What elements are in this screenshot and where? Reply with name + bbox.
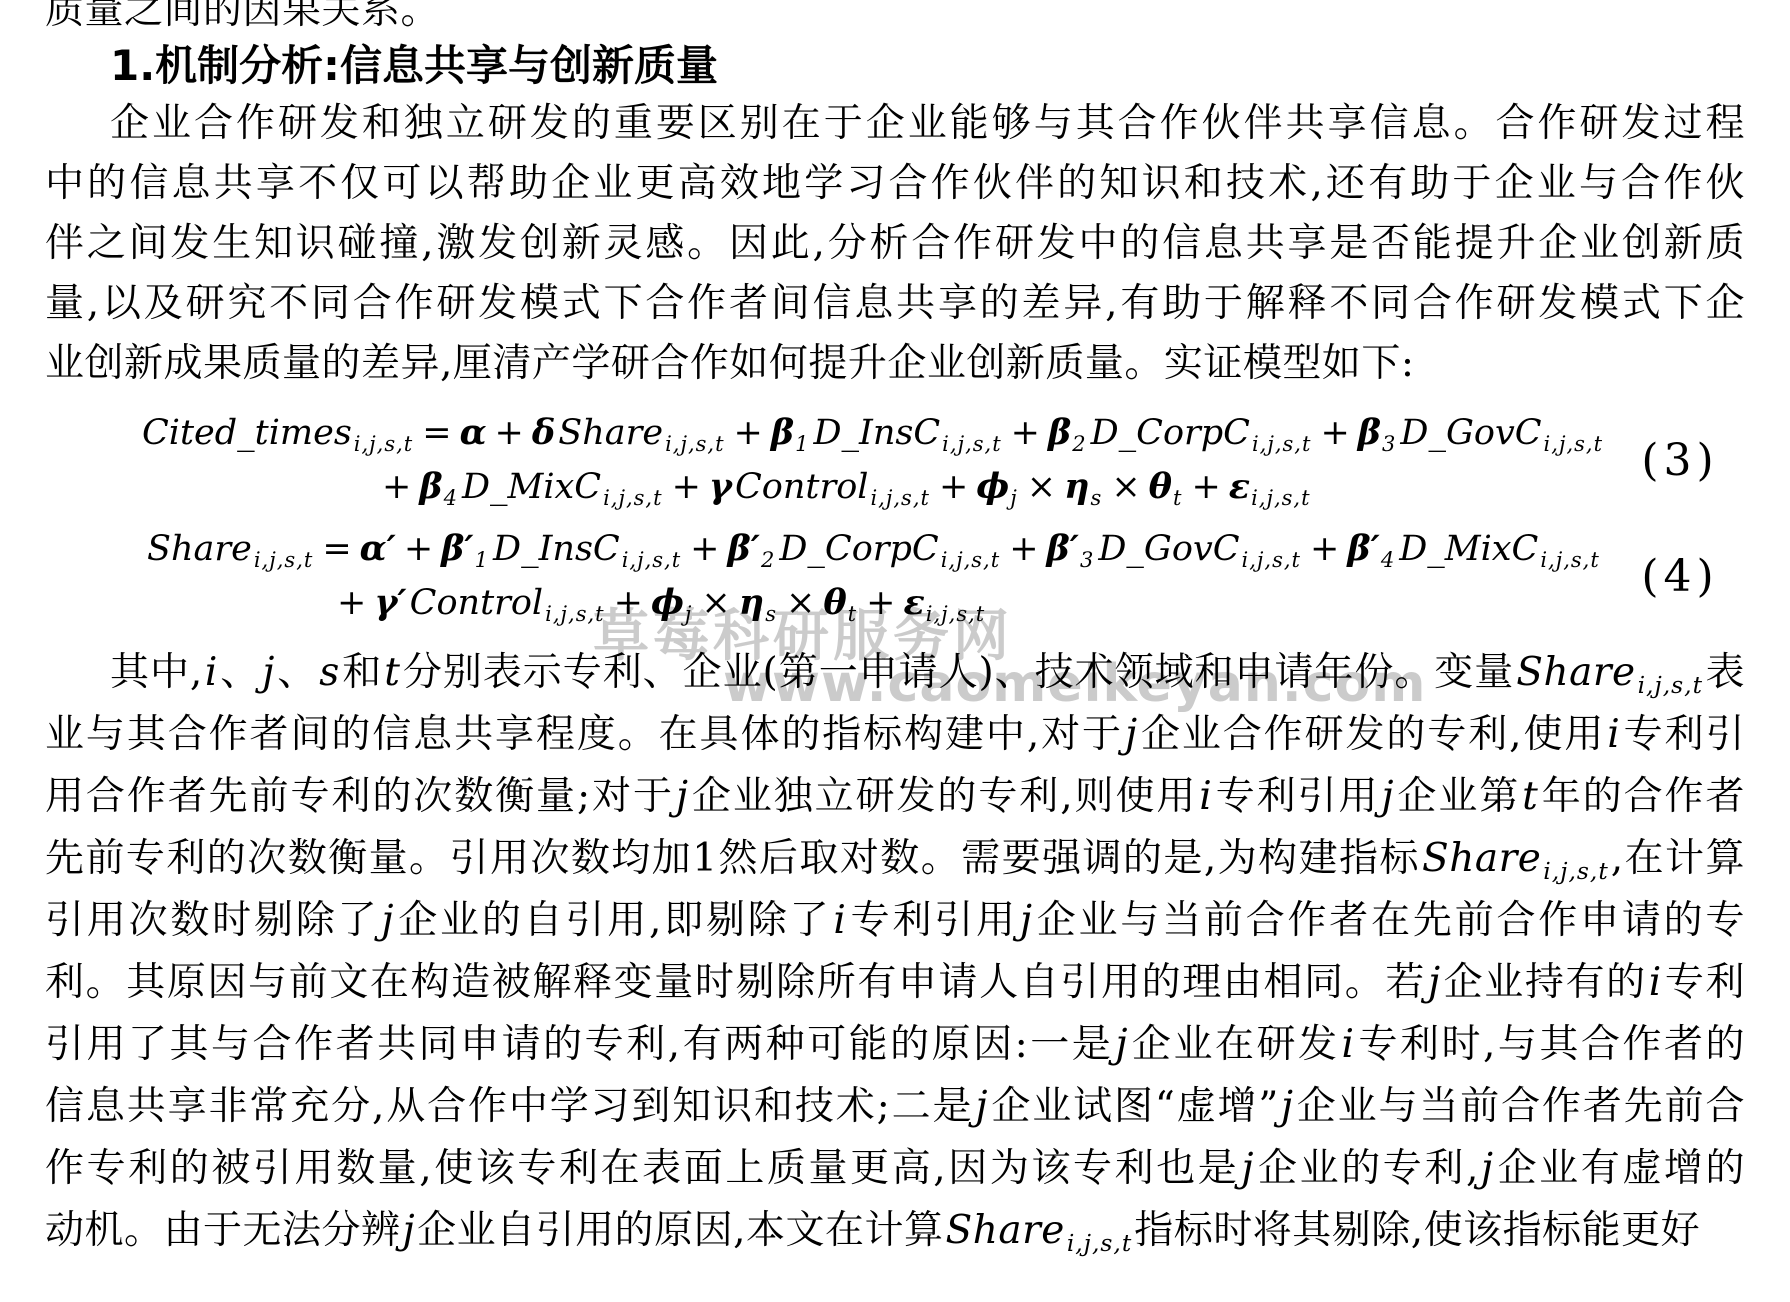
math-greek: ϕ [650,582,685,623]
paragraph-variable-definition: 其中,i、j、s和t分别表示专利、企业(第一申请人)、技术领域和申请年份。变量S… [45,642,1745,1262]
text-line: 动机。由于无法分辨j企业自引用的原因,本文在计算Sharei,j,s,t指标时将… [45,1200,1745,1262]
math-var: j [401,1208,418,1253]
equation-number: (4) [1615,551,1745,602]
math-operator: + [614,583,643,623]
math-var: i [1197,774,1214,819]
text-run: 、 [220,650,260,695]
text-run: 、 [277,650,317,695]
equation-3: Cited_timesi,j,s,t=α+δSharei,j,s,t+β1D_I… [45,406,1745,514]
equation-3-lines: Cited_timesi,j,s,t=α+δSharei,j,s,t+β1D_I… [45,406,1615,514]
text-line: 用合作者先前专利的次数衡量;对于j企业独立研发的专利,则使用i专利引用j企业第t… [45,766,1745,828]
math-operator: + [337,583,366,623]
text-line: 先前专利的次数衡量。引用次数均加1然后取对数。需要强调的是,为构建指标Share… [45,828,1745,890]
text-line: 作专利的被引用数量,使该专利在表面上质量更高,因为该专利也是j企业的专利,j企业… [45,1138,1745,1200]
text-run: 先前专利的次数衡量。引用次数均加1然后取对数。需要强调的是,为构建指标 [45,836,1420,881]
math-greek: θ [822,582,847,623]
math-var: i [831,898,848,943]
math-greek: δ [531,412,556,453]
subscript: i,j,s,t [665,432,726,456]
subscript: 3 [1080,548,1096,572]
math-operator: + [404,529,433,569]
math-operator: × [1027,467,1056,507]
text-run: 专利 [1664,960,1745,1005]
paragraph-mechanism-intro: 企业合作研发和独立研发的重要区别在于企业能够与其合作伙伴共享信息。合作研发过程 … [45,94,1745,394]
subscript: i,j,s,t [1067,1229,1134,1257]
math-var: j [1123,712,1140,757]
text-line: 引用了其与合作者共同申请的专利,有两种可能的原因:一是j企业在研发i专利时,与其… [45,1014,1745,1076]
math-greek: ε [1228,466,1251,507]
math-var: j [1379,774,1396,819]
math-var: j [379,898,396,943]
math-var: j [973,1084,990,1129]
math-var: Share [1420,836,1543,881]
text-line: 中的信息共享不仅可以帮助企业更高效地学习合作伙伴的知识和技术,还有助于企业与合作… [45,154,1745,214]
math-operator: + [1191,467,1220,507]
equation-3-line-2: +β4D_MixCi,j,s,t+γControli,j,s,t+ϕj×ηs×θ… [45,460,1615,514]
text-line: 其中,i、j、s和t分别表示专利、企业(第一申请人)、技术领域和申请年份。变量S… [45,642,1745,704]
subscript: 2 [761,548,777,572]
subscript: 2 [1072,432,1088,456]
math-greek: ε [902,582,925,623]
math-var: Share [1514,650,1637,695]
math-var: j [674,774,691,819]
math-var: D_MixC [460,467,603,507]
text-run: 企业与当前合作者先前合 [1295,1084,1745,1129]
text-run: 专利引 [1622,712,1745,757]
text-run: 分别表示专利、企业(第一申请人)、技术领域和申请年份。变量 [402,650,1514,695]
subscript: 3 [1382,432,1398,456]
math-var: s [317,650,342,695]
text-run: 企业在研发 [1130,1022,1340,1067]
subscript: j [685,602,695,626]
math-greek: α′ [359,528,397,569]
subscript: i,j,s,t [1544,432,1605,456]
math-var: j [1113,1022,1130,1067]
subscript: 1 [795,432,811,456]
text-run: 信息共享非常充分,从合作中学习到知识和技术;二是 [45,1084,973,1129]
subscript: i,j,s,t [622,548,683,572]
text-run: 企业第 [1396,774,1520,819]
math-var: Control [408,583,545,623]
math-greek: θ [1148,466,1173,507]
math-var: D_CorpC [777,529,940,569]
text-run: 引用了其与合作者共同申请的专利,有两种可能的原因:一是 [45,1022,1113,1067]
subscript: i,j,s,t [1242,548,1303,572]
math-operator: + [382,467,411,507]
math-var: D_InsC [491,529,622,569]
text-run: 企业的专利, [1256,1146,1479,1191]
subscript: i,j,s,t [1251,486,1312,510]
text-run: 专利引用 [1214,774,1379,819]
equation-4: Sharei,j,s,t=α′+β′1D_InsCi,j,s,t+β′2D_Co… [45,522,1745,630]
subscript: 4 [1381,548,1397,572]
math-var: D_GovC [1398,413,1543,453]
text-run: 企业独立研发的专利,则使用 [690,774,1197,819]
math-operator: + [939,467,968,507]
text-line: 企业合作研发和独立研发的重要区别在于企业能够与其合作伙伴共享信息。合作研发过程 [45,94,1745,154]
math-var: D_GovC [1096,529,1241,569]
math-var: j [1426,960,1443,1005]
math-operator: + [1310,529,1339,569]
text-run: 企业有虚增的 [1495,1146,1745,1191]
subscript: i,j,s,t [942,432,1003,456]
math-var: i [1340,1022,1357,1067]
text-line: 业创新成果质量的差异,厘清产学研合作如何提升企业创新质量。实证模型如下: [45,334,1745,394]
text-run: 作专利的被引用数量,使该专利在表面上质量更高,因为该专利也是 [45,1146,1239,1191]
math-operator: + [866,583,895,623]
text-run: 企业持有的 [1443,960,1647,1005]
subscript: 1 [475,548,491,572]
math-greek: β [1047,412,1072,453]
text-run: 企业试图“虚增” [990,1084,1279,1129]
text-run: 动机。由于无法分辨 [45,1208,401,1253]
text-run: 和 [342,650,382,695]
text-run: 企业自引用的原因,本文在计算 [417,1208,943,1253]
text-line: 信息共享非常充分,从合作中学习到知识和技术;二是j企业试图“虚增”j企业与当前合… [45,1076,1745,1138]
subscript: i,j,s,t [926,602,987,626]
text-line: 伴之间发生知识碰撞,激发创新灵感。因此,分析合作研发中的信息共享是否能提升企业创… [45,214,1745,274]
math-greek: β′ [1046,528,1080,569]
subscript: i,j,s,t [870,486,931,510]
math-var: j [1239,1146,1256,1191]
math-var: j [1018,898,1035,943]
text-run: 利。其原因与前文在构造被解释变量时剔除所有申请人自引用的理由相同。若 [45,960,1426,1005]
subscript: i,j,s,t [1252,432,1313,456]
math-var: i [203,650,220,695]
math-var: D_MixC [1397,529,1540,569]
text-run: 企业的自引用,即剔除了 [396,898,831,943]
text-run: 其中, [110,650,203,695]
math-operator: × [1111,467,1140,507]
math-var: D_InsC [812,413,943,453]
text-run: 年的合作者 [1540,774,1745,819]
math-greek: γ′ [373,582,407,623]
text-line: 引用次数时剔除了j企业的自引用,即剔除了i专利引用j企业与当前合作者在先前合作申… [45,890,1745,952]
math-operator: + [1011,413,1040,453]
math-operator: + [1009,529,1038,569]
math-var: Share [556,413,665,453]
math-var: j [260,650,277,695]
subscript: i,j,s,t [1638,671,1705,699]
subscript: i,j,s,t [941,548,1002,572]
text-run: ,在计算 [1611,836,1745,881]
text-run: 业与其合作者间的信息共享程度。在具体的指标构建中,对于 [45,712,1123,757]
subscript: t [1173,486,1184,510]
math-var: Share [145,529,254,569]
subscript: i,j,s,t [354,432,415,456]
subscript: i,j,s,t [603,486,664,510]
subscript: i,j,s,t [1543,857,1610,885]
math-greek: ϕ [975,466,1010,507]
text-run: 专利时,与其合作者的 [1356,1022,1745,1067]
math-var: t [382,650,402,695]
text-line: 量,以及研究不同合作研发模式下合作者间信息共享的差异,有助于解释不同合作研发模式… [45,274,1745,334]
text-line: 业与其合作者间的信息共享程度。在具体的指标构建中,对于j企业合作研发的专利,使用… [45,704,1745,766]
math-operator: + [690,529,719,569]
math-greek: β′ [727,528,761,569]
text-run: 引用次数时剔除了 [45,898,379,943]
math-operator: × [786,583,815,623]
math-greek: β [418,466,443,507]
equation-4-lines: Sharei,j,s,t=α′+β′1D_InsCi,j,s,t+β′2D_Co… [45,522,1615,630]
math-var: Control [733,467,870,507]
math-operator: = [322,529,351,569]
equation-3-line-1: Cited_timesi,j,s,t=α+δSharei,j,s,t+β1D_I… [45,406,1615,460]
subscript: s [765,602,779,626]
math-operator: + [734,413,763,453]
math-greek: β′ [440,528,474,569]
text-line-partial-top: 质量之间的因果关系。 [45,0,1745,34]
math-var: Share [944,1208,1067,1253]
subscript: t [848,602,859,626]
text-run: 指标时将其剔除,使该指标能更好 [1134,1208,1700,1253]
equation-number: (3) [1615,435,1745,486]
text-run: 企业与当前合作者在先前合作申请的专 [1034,898,1745,943]
math-greek: γ [708,466,733,507]
math-greek: β [1357,412,1382,453]
equation-4-line-2: +γ′Controli,j,s,t+ϕj×ηs×θt+εi,j,s,t [45,576,1615,630]
text-line: 利。其原因与前文在构造被解释变量时剔除所有申请人自引用的理由相同。若j企业持有的… [45,952,1745,1014]
math-operator: × [701,583,730,623]
math-var: j [1479,1146,1496,1191]
section-heading: 1.机制分析:信息共享与创新质量 [45,38,1745,94]
page-content: 质量之间的因果关系。 1.机制分析:信息共享与创新质量 企业合作研发和独立研发的… [0,0,1790,1262]
math-greek: β [770,412,795,453]
math-var: j [1279,1084,1296,1129]
text-run: 用合作者先前专利的次数衡量;对于 [45,774,674,819]
subscript: s [1091,486,1105,510]
subscript: 4 [444,486,460,510]
math-greek: η [738,582,765,623]
math-var: t [1520,774,1540,819]
subscript: i,j,s,t [545,602,606,626]
math-operator: + [672,467,701,507]
subscript: j [1010,486,1020,510]
subscript: i,j,s,t [1540,548,1601,572]
text-run: 企业合作研发的专利,使用 [1140,712,1606,757]
paper-page: 草莓科研服务网 www.caomeikeyan.com 质量之间的因果关系。 1… [0,0,1790,1302]
math-var: i [1647,960,1664,1005]
math-var: Cited_times [140,413,354,453]
math-greek: β′ [1346,528,1380,569]
equation-block: Cited_timesi,j,s,t=α+δSharei,j,s,t+β1D_I… [45,406,1745,630]
math-greek: η [1063,466,1090,507]
math-operator: = [422,413,451,453]
math-var: D_CorpC [1089,413,1252,453]
math-operator: + [495,413,524,453]
math-operator: + [1320,413,1349,453]
math-var: i [1605,712,1622,757]
equation-4-line-1: Sharei,j,s,t=α′+β′1D_InsCi,j,s,t+β′2D_Co… [45,522,1615,576]
math-greek: α [459,412,488,453]
text-run: 专利引用 [848,898,1017,943]
subscript: i,j,s,t [254,548,315,572]
